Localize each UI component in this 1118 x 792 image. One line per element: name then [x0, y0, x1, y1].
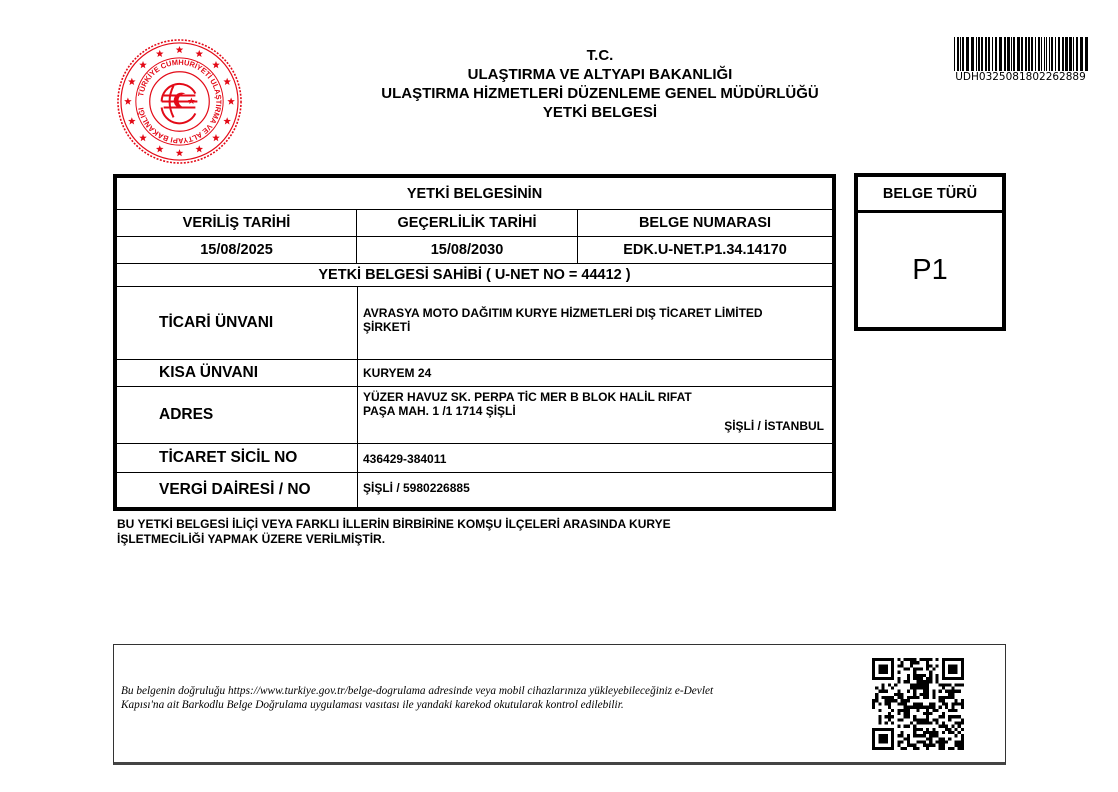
validity-date: 15/08/2030 — [356, 237, 577, 263]
verification-text: Bu belgenin doğruluğu https://www.turkiy… — [121, 684, 851, 712]
document-type-box: BELGE TÜRÜ P1 — [854, 173, 1006, 331]
column-header-row: VERİLİŞ TARİHİ GEÇERLİLİK TARİHİ BELGE N… — [117, 210, 832, 237]
address-city: ŞİŞLİ / İSTANBUL — [724, 419, 832, 433]
holder-row-trade-registry: TİCARET SİCİL NO 436429-384011 — [117, 444, 832, 473]
section-title: YETKİ BELGESİNİN — [117, 178, 832, 209]
ministry-seal-icon: TÜRKİYE CUMHURİYETİ ULAŞTIRMA VE ALTYAPI… — [116, 38, 243, 165]
tax-office-label: VERGİ DAİRESİ / NO — [117, 473, 357, 507]
barcode-number: UDH0325081802262889 — [948, 71, 1093, 83]
trade-name-value: AVRASYA MOTO DAĞITIM KURYE HİZMETLERİ DI… — [357, 287, 832, 359]
column-header-validity-date: GEÇERLİLİK TARİHİ — [356, 210, 577, 236]
certificate-table: YETKİ BELGESİNİN VERİLİŞ TARİHİ GEÇERLİL… — [113, 174, 836, 511]
document-number: EDK.U-NET.P1.34.14170 — [577, 237, 832, 263]
verification-box: Bu belgenin doğruluğu https://www.turkiy… — [113, 644, 1006, 765]
qr-code-icon — [872, 658, 964, 750]
address-label: ADRES — [117, 387, 357, 443]
section-title-row: YETKİ BELGESİNİN — [117, 178, 832, 210]
holder-row-trade-name: TİCARİ ÜNVANI AVRASYA MOTO DAĞITIM KURYE… — [117, 287, 832, 360]
short-name-label: KISA ÜNVANI — [117, 360, 357, 386]
short-name-value: KURYEM 24 — [357, 360, 832, 386]
issue-date: 15/08/2025 — [117, 237, 356, 263]
tax-office-value: ŞİŞLİ / 5980226885 — [357, 473, 832, 507]
holder-row-address: ADRES YÜZER HAVUZ SK. PERPA TİC MER B BL… — [117, 387, 832, 444]
header-directorate: ULAŞTIRMA HİZMETLERİ DÜZENLEME GENEL MÜD… — [300, 84, 900, 103]
authorization-statement: BU YETKİ BELGESİ İLİÇİ VEYA FARKLI İLLER… — [117, 517, 817, 547]
holder-title: YETKİ BELGESİ SAHİBİ ( U-NET NO = 44412 … — [117, 264, 832, 286]
barcode-icon — [953, 37, 1089, 71]
header-line-tc: T.C. — [300, 46, 900, 65]
holder-row-tax-office: VERGİ DAİRESİ / NO ŞİŞLİ / 5980226885 — [117, 473, 832, 507]
trade-name-label: TİCARİ ÜNVANI — [117, 287, 357, 359]
column-header-document-number: BELGE NUMARASI — [577, 210, 832, 236]
column-header-issue-date: VERİLİŞ TARİHİ — [117, 210, 356, 236]
trade-registry-label: TİCARET SİCİL NO — [117, 444, 357, 472]
trade-registry-value: 436429-384011 — [357, 444, 832, 472]
address-value: YÜZER HAVUZ SK. PERPA TİC MER B BLOK HAL… — [357, 387, 832, 443]
header-document-title: YETKİ BELGESİ — [300, 103, 900, 122]
document-type-title: BELGE TÜRÜ — [858, 177, 1002, 213]
holder-row-short-name: KISA ÜNVANI KURYEM 24 — [117, 360, 832, 387]
values-row: 15/08/2025 15/08/2030 EDK.U-NET.P1.34.14… — [117, 237, 832, 264]
holder-title-row: YETKİ BELGESİ SAHİBİ ( U-NET NO = 44412 … — [117, 264, 832, 287]
header-ministry: ULAŞTIRMA VE ALTYAPI BAKANLIĞI — [300, 65, 900, 84]
document-header: T.C. ULAŞTIRMA VE ALTYAPI BAKANLIĞI ULAŞ… — [300, 46, 900, 122]
document-type-value: P1 — [858, 213, 1002, 327]
